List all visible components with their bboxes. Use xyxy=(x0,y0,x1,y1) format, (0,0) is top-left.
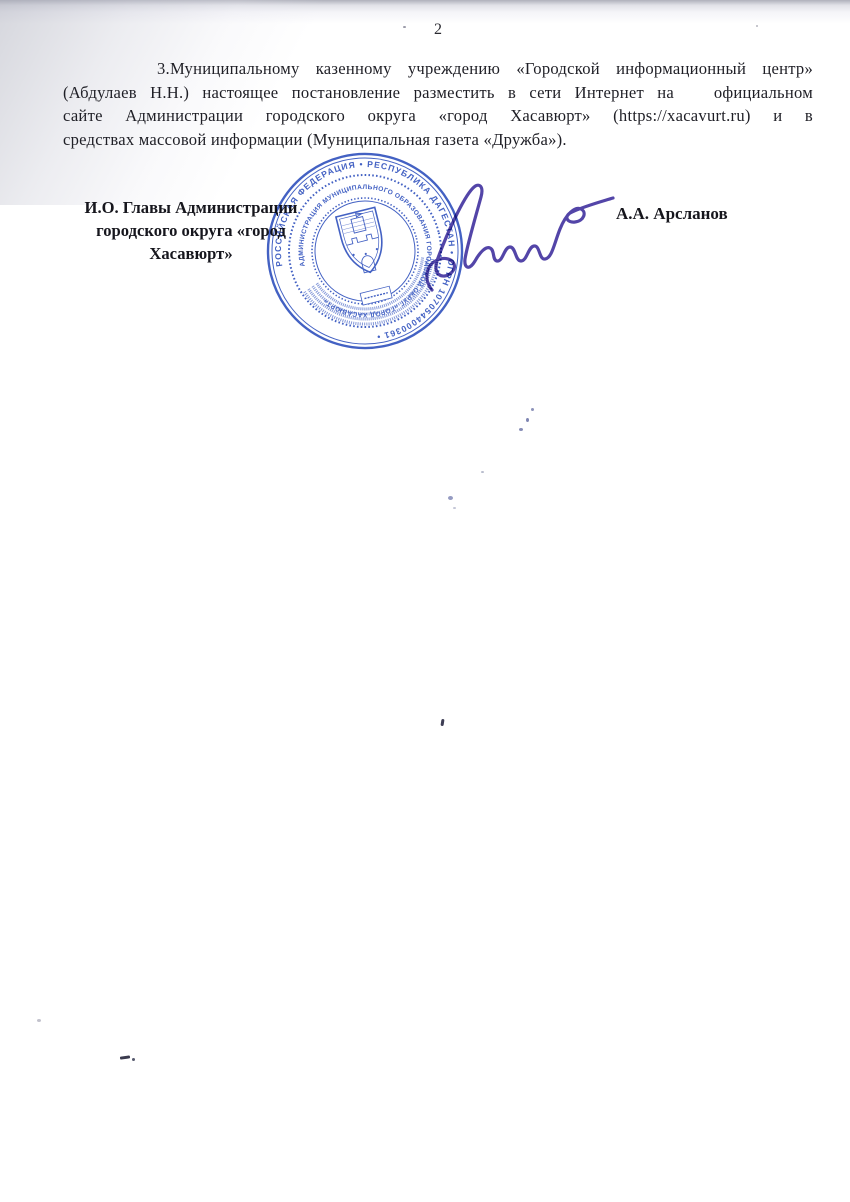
paragraph-line: 3.Муниципальному казенному учреждению «Г… xyxy=(63,57,813,81)
signer-name: А.А. Арсланов xyxy=(616,204,728,224)
scan-speck xyxy=(37,1019,41,1022)
page-number: 2 xyxy=(63,21,813,39)
scan-speck xyxy=(531,408,534,411)
paragraph-line: сайте Администрации городского округа «г… xyxy=(63,104,813,128)
body-paragraph: 3.Муниципальному казенному учреждению «Г… xyxy=(63,57,813,152)
signature-stroke xyxy=(427,185,613,290)
scan-speck xyxy=(481,471,484,473)
scan-speck xyxy=(519,428,523,431)
paragraph-line: средствах массовой информации (Муниципал… xyxy=(63,128,813,152)
scan-speck xyxy=(132,1058,135,1061)
stamp-registry-box xyxy=(360,286,392,305)
stamp-coat-of-arms xyxy=(336,207,390,277)
scan-speck xyxy=(448,496,453,500)
scanned-document-page: 2 3.Муниципальному казенному учреждению … xyxy=(0,0,850,1202)
scan-speck xyxy=(440,719,444,726)
scan-speck xyxy=(120,1055,130,1059)
scan-speck xyxy=(526,418,529,422)
handwritten-signature-ink xyxy=(420,176,620,306)
paragraph-line: (Абдулаев Н.Н.) настоящее постановление … xyxy=(63,81,813,105)
scan-speck xyxy=(453,507,456,509)
